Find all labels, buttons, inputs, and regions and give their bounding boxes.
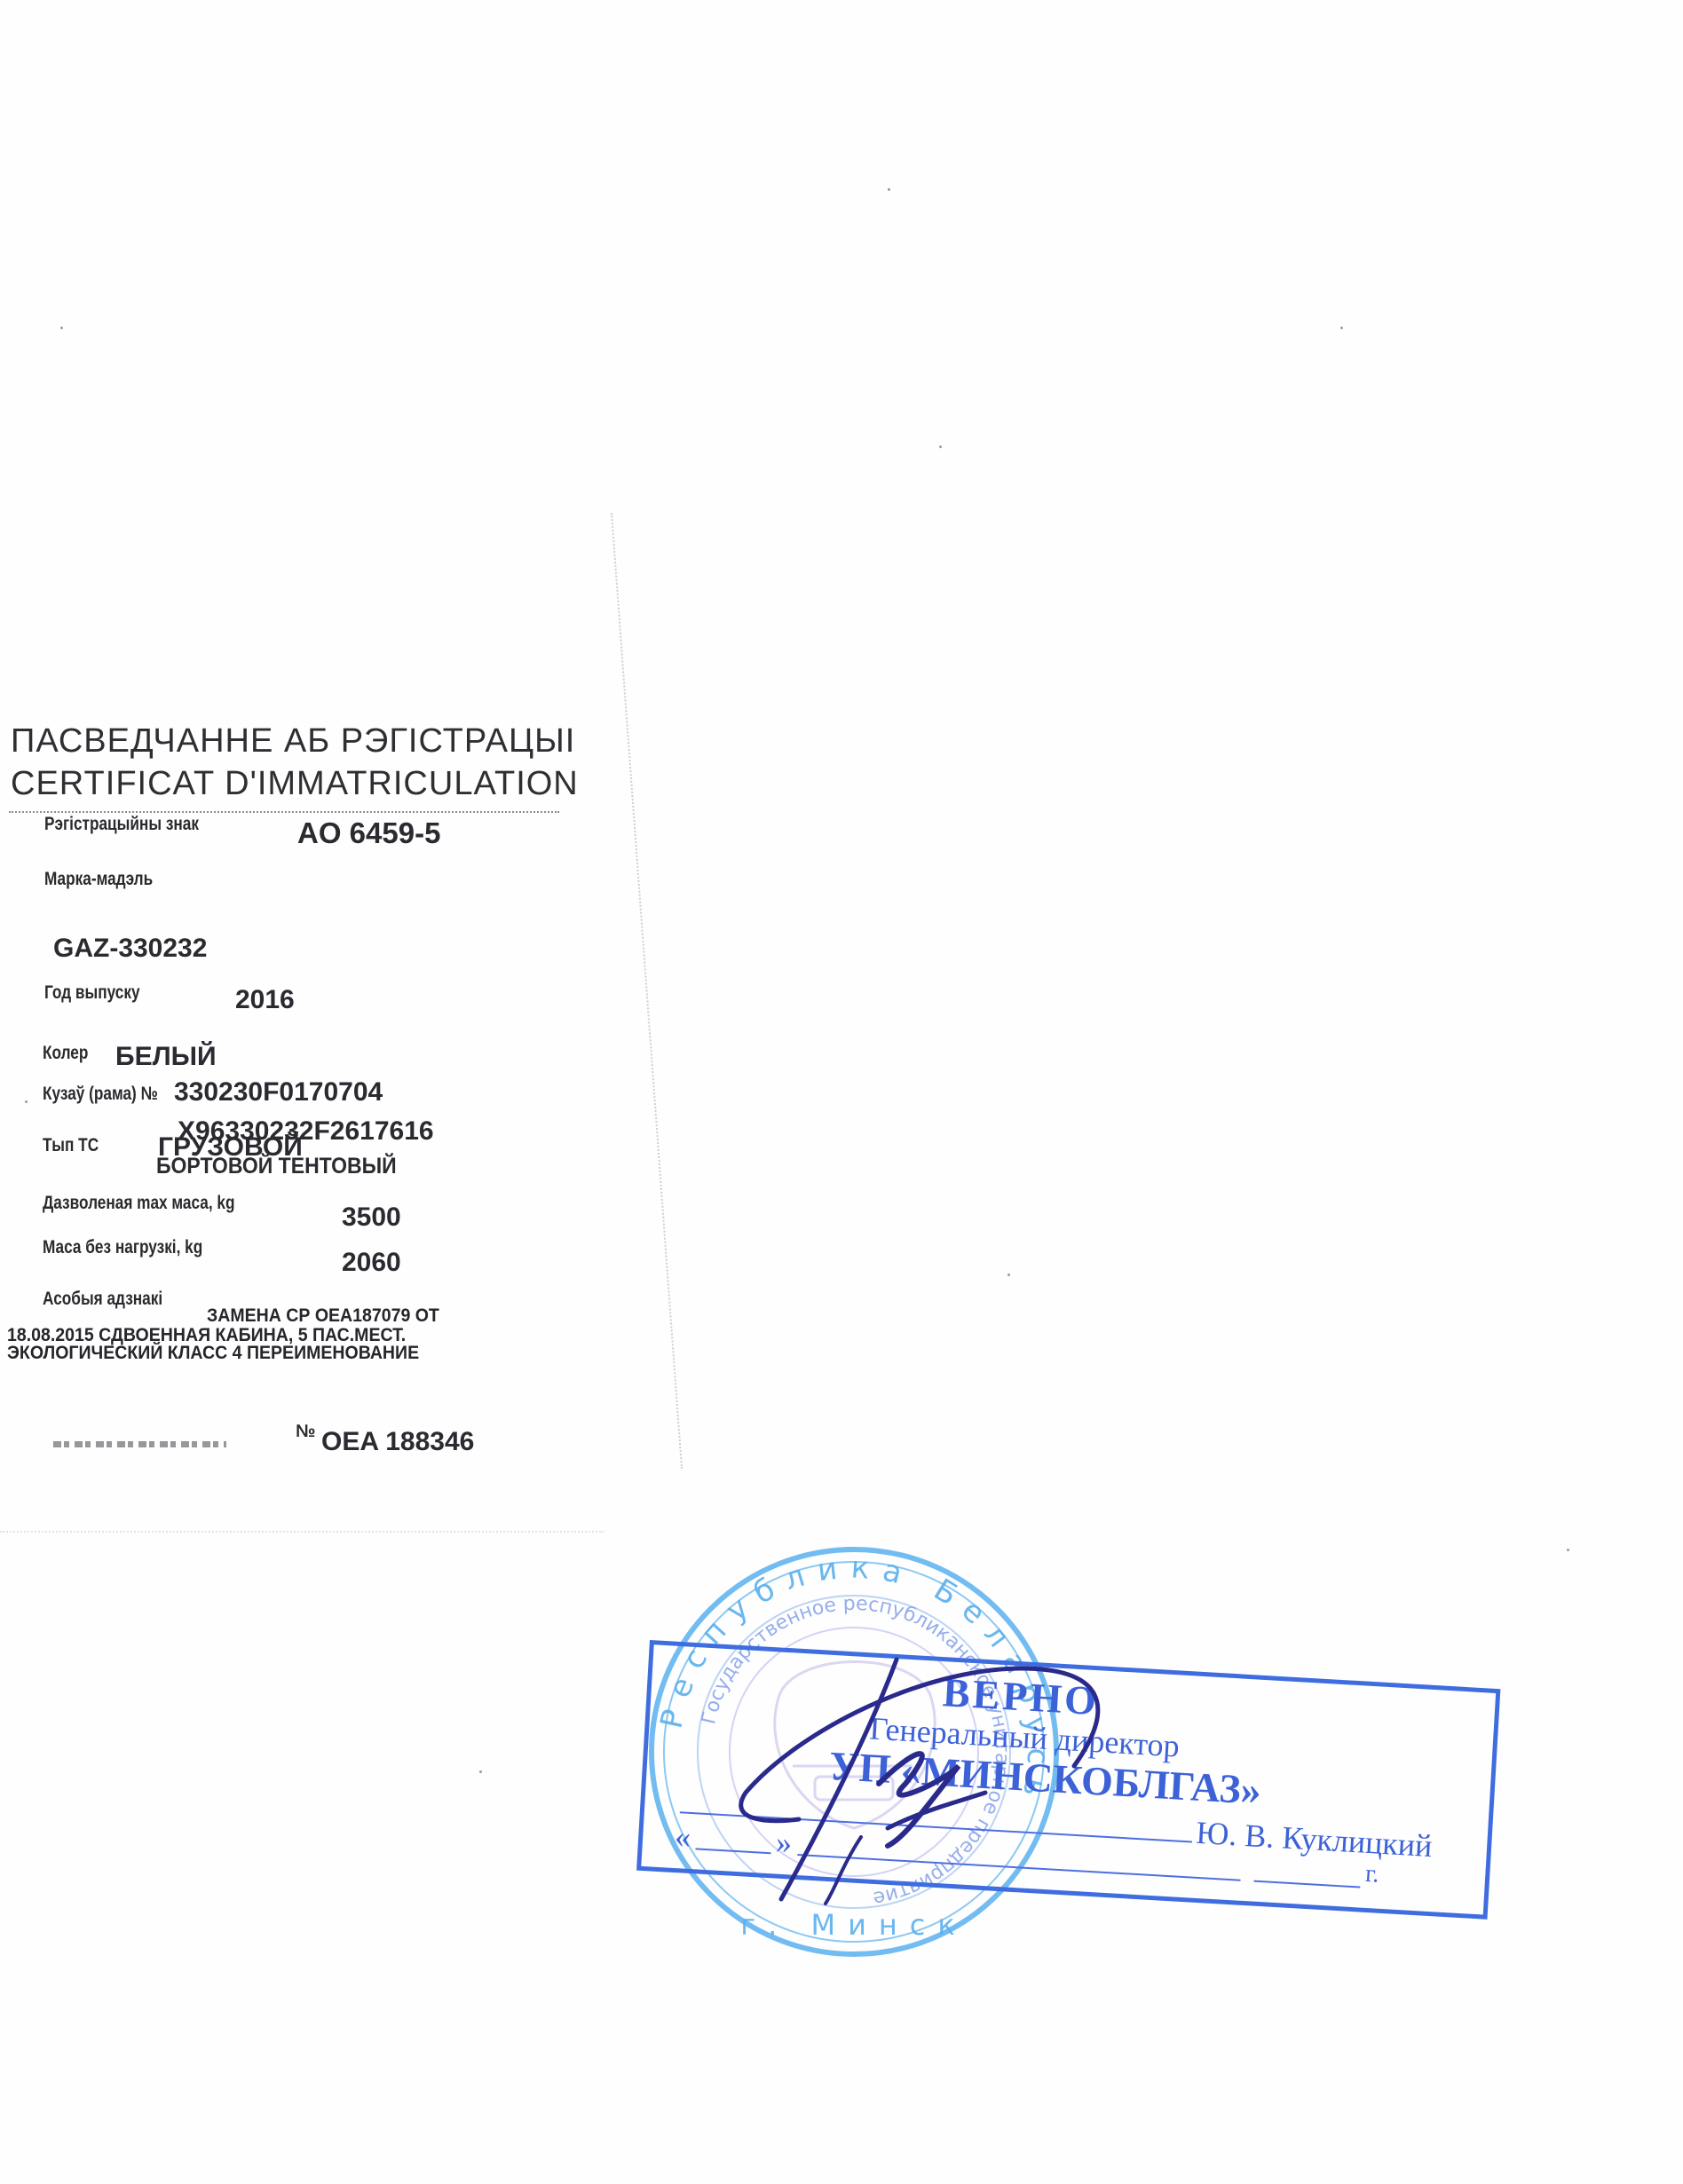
label-year: Год выпуску [44,983,140,1002]
date-month-line [797,1854,1240,1881]
document-number: OEA 188346 [321,1429,474,1455]
date-quote-close: » [775,1826,793,1859]
scan-speck [1567,1549,1569,1551]
scan-speck [1340,327,1343,329]
value-unladen-mass: 2060 [342,1250,401,1276]
label-color: Колер [43,1044,88,1062]
stamp-signatory-name: Ю. В. Куклицкий [1196,1817,1434,1862]
date-year-line [1253,1880,1360,1888]
label-max-mass: Дазволеная max маса, kg [43,1194,235,1212]
scan-speck [25,1100,28,1103]
scanned-page: ПАСВЕДЧАННЕ АБ РЭГІСТРАЦЫІ CERTIFICAT D'… [0,0,1683,2184]
special-marks-line-3: ЭКОЛОГИЧЕСКИЙ КЛАСС 4 ПЕРЕИМЕНОВАНИЕ [7,1344,419,1362]
scan-speck [479,1770,482,1773]
date-day-line [695,1848,770,1854]
signature-line [680,1811,1192,1842]
label-body-frame: Кузаў (рама) № [43,1084,158,1103]
value-registration-sign: AO 6459-5 [297,818,440,848]
special-marks-line-2: 18.08.2015 СДВОЕННАЯ КАБИНА, 5 ПАС.МЕСТ. [7,1326,406,1344]
label-vehicle-type: Тып ТС [43,1136,99,1155]
card-edge-right [611,513,683,1469]
card-edge-bottom [0,1531,604,1533]
printer-imprint [53,1441,226,1447]
stamp-verno: ВЕРНО [942,1672,1100,1722]
svg-text:г. Минск: г. Минск [740,1908,967,1942]
title-belarusian: ПАСВЕДЧАННЕ АБ РЭГІСТРАЦЫІ [11,724,575,758]
scan-speck [888,188,890,191]
value-vehicle-type-line2: БОРТОВОЙ ТЕНТОВЫЙ [156,1155,397,1178]
date-quote-open: « [674,1820,691,1853]
label-make-model: Марка-мадэль [44,870,153,888]
value-year: 2016 [235,987,295,1013]
title-french: CERTIFICAT D'IMMATRICULATION [11,767,579,800]
special-marks-line-1: ЗАМЕНА СР OEA187079 ОТ [207,1306,439,1325]
value-body-frame: 330230F0170704 [174,1079,383,1106]
value-max-mass: 3500 [342,1204,401,1231]
label-registration-sign: Рэгістрацыйны знак [44,815,199,833]
value-color: БЕЛЫЙ [115,1044,217,1070]
certification-stamp: ВЕРНО Генеральный директор УП «МИНСКОБЛГ… [636,1640,1500,1920]
scan-speck [939,445,942,448]
stamp-organization: УП «МИНСКОБЛГАЗ» [828,1746,1262,1811]
year-suffix: г. [1364,1862,1379,1888]
number-sign: № [296,1423,315,1440]
scan-speck [1007,1273,1010,1276]
title-divider [9,811,559,813]
value-make-model: GAZ-330232 [53,935,207,962]
label-special-marks: Асобыя адзнакі [43,1289,162,1308]
scan-speck [60,327,63,329]
label-unladen-mass: Маса без нагрузкі, kg [43,1238,202,1257]
